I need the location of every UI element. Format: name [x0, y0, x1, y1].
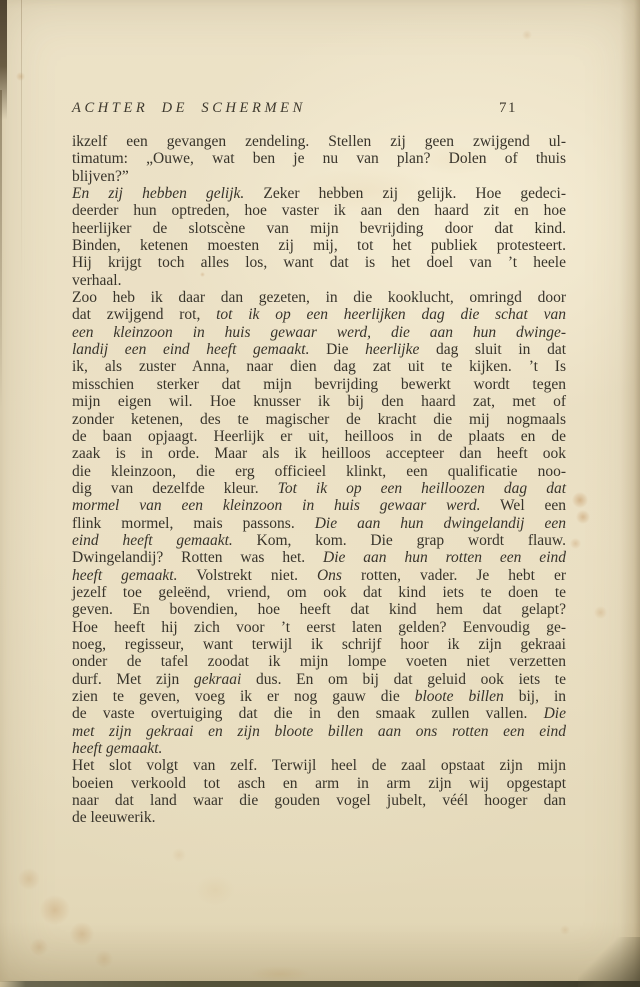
roman-text-run: Kom, kom. Die grap wordt flauw. [233, 532, 566, 549]
text-line: heerlijker de slotscène van mijn bevrijd… [72, 220, 566, 237]
text-line: die kleinzoon, die erg officieel klinkt,… [72, 463, 566, 480]
bottom-right-corner-shadow [578, 937, 640, 987]
foxing-spot [576, 510, 590, 524]
text-line: ik, als zuster Anna, naar dien dag zat u… [72, 358, 566, 375]
italic-text-run: heerlijke [365, 341, 419, 358]
text-line: jezelf toe geleënd, vriend, om ook dat k… [72, 584, 566, 601]
roman-text-run: heerlijker de slotscène van mijn bevrijd… [72, 220, 566, 237]
italic-text-run: heeft gemaakt. [72, 740, 162, 757]
text-line: blijven?” [72, 168, 566, 185]
italic-text-run: met zijn gekraai en zijn bloote billen a… [72, 723, 566, 740]
italic-text-run: landij een eind heeft gemaakt. [72, 341, 309, 358]
text-line: Zoo heb ik daar dan gezeten, in die kook… [72, 289, 566, 306]
text-block: ikzelf een gevangen zendeling. Stellen z… [72, 133, 566, 827]
text-line: landij een eind heeft gemaakt. Die heerl… [72, 341, 566, 358]
text-line: dat zwijgend rot, tot ik op een heerlijk… [72, 306, 566, 323]
page-number: 71 [499, 100, 517, 117]
foxing-patch [195, 875, 235, 905]
foxing-spot [95, 950, 113, 968]
text-line: heeft gemaakt. Volstrekt niet. Ons rotte… [72, 567, 566, 584]
text-line: de vaste overtuiging dat die in den smaa… [72, 705, 566, 722]
roman-text-run: Dwingelandij? Rotten was het. [72, 549, 323, 566]
roman-text-run: zien te geven, voeg ik er nog gauw die [72, 688, 415, 705]
text-line: deerder hun optreden, hoe vaster ik aan … [72, 202, 566, 219]
foxing-spot [70, 922, 94, 946]
text-line: noeg, regisseur, want terwijl ik schrijf… [72, 636, 566, 653]
text-line: Dwingelandij? Rotten was het. Die aan hu… [72, 549, 566, 566]
roman-text-run: dus. En om bij dat geluid ook iets te [241, 671, 566, 688]
roman-text-run: naar dat land waar die gouden vogel jube… [72, 792, 566, 809]
text-line: boeien verkoold tot asch en arm in arm z… [72, 775, 566, 792]
roman-text-run: Het slot volgt van zelf. Terwijl heel de… [72, 757, 566, 774]
text-line: de baan opjaagt. Heerlijk er uit, heillo… [72, 428, 566, 445]
text-line: naar dat land waar die gouden vogel jube… [72, 792, 566, 809]
foxing-spot [18, 868, 40, 890]
right-edge-shadow [620, 0, 640, 987]
roman-text-run: Hij krijgt toch alles los, want dat is h… [72, 254, 566, 271]
text-line: En zij hebben gelijk. Zeker hebben zij g… [72, 185, 566, 202]
roman-text-run: mijn eigen wil. Hoe knusser ik bij den h… [72, 393, 566, 410]
text-line: met zijn gekraai en zijn bloote billen a… [72, 723, 566, 740]
roman-text-run: boeien verkoold tot asch en arm in arm z… [72, 775, 566, 792]
text-line: zonder ketenen, des te magischer de krac… [72, 411, 566, 428]
text-line: Binden, ketenen moesten zij mij, tot het… [72, 237, 566, 254]
binding-edge-shadow [0, 0, 7, 120]
italic-text-run: tot ik op een heerlijken dag die schat v… [216, 306, 566, 323]
text-line: durf. Met zijn gekraai dus. En om bij da… [72, 671, 566, 688]
foxing-spot [570, 538, 581, 549]
roman-text-run: flink mormel, mais passons. [72, 515, 315, 532]
roman-text-run: noeg, regisseur, want terwijl ik schrijf… [72, 636, 566, 653]
italic-text-run: Die [544, 705, 566, 722]
roman-text-run: dig van dezelfde kleur. [72, 480, 278, 497]
roman-text-run: Die [309, 341, 365, 358]
text-line: verhaal. [72, 272, 566, 289]
italic-text-run: eind heeft gemaakt. [72, 532, 233, 549]
roman-text-run: ik, als zuster Anna, naar dien dag zat u… [72, 358, 566, 375]
roman-text-run: geven. En bovendien, hoe heeft dat kind … [72, 601, 566, 618]
roman-text-run: durf. Met zijn [72, 671, 194, 688]
roman-text-run: Volstrekt niet. [178, 567, 317, 584]
text-line: Hoe heeft hij zich voor ’t eerst laten g… [72, 619, 566, 636]
foxing-spot [16, 72, 25, 81]
text-line: mijn eigen wil. Hoe knusser ik bij den h… [72, 393, 566, 410]
roman-text-run: blijven?” [72, 168, 129, 185]
text-line: misschien sterker dat mijn bevrijding be… [72, 376, 566, 393]
foxing-patch [250, 966, 310, 982]
italic-text-run: En zij hebben gelijk. [72, 185, 244, 202]
roman-text-run: misschien sterker dat mijn bevrijding be… [72, 376, 566, 393]
text-line: dig van dezelfde kleur. Tot ik op een he… [72, 480, 566, 497]
foxing-spot [560, 925, 570, 935]
text-line: eind heeft gemaakt. Kom, kom. Die grap w… [72, 532, 566, 549]
text-line: een kleinzoon in huis gewaar werd, die a… [72, 324, 566, 341]
roman-text-run: onder de tafel zoodat ik mijn lompe voet… [72, 653, 566, 670]
text-line: onder de tafel zoodat ik mijn lompe voet… [72, 653, 566, 670]
roman-text-run: Hoe heeft hij zich voor ’t eerst laten g… [72, 619, 566, 636]
book-page-scan: ACHTER DE SCHERMEN 71 ikzelf een gevange… [0, 0, 640, 987]
text-line: zien te geven, voeg ik er nog gauw die b… [72, 688, 566, 705]
italic-text-run: Ons [317, 567, 342, 584]
text-line: mormel van een kleinzoon in huis gewaar … [72, 497, 566, 514]
italic-text-run: Die aan hun rotten een eind [323, 549, 566, 566]
page-title: ACHTER DE SCHERMEN [72, 100, 306, 116]
bottom-edge-shade [0, 922, 640, 982]
roman-text-run: verhaal. [72, 272, 121, 289]
roman-text-run: jezelf toe geleënd, vriend, om ook dat k… [72, 584, 566, 601]
text-line: geven. En bovendien, hoe heeft dat kind … [72, 601, 566, 618]
text-line: Het slot volgt van zelf. Terwijl heel de… [72, 757, 566, 774]
text-line: timatum: „Ouwe, wat ben je nu van plan? … [72, 150, 566, 167]
roman-text-run: die kleinzoon, die erg officieel klinkt,… [72, 463, 566, 480]
roman-text-run: timatum: „Ouwe, wat ben je nu van plan? … [72, 150, 566, 167]
text-line: heeft gemaakt. [72, 740, 566, 757]
roman-text-run: de vaste overtuiging dat die in den smaa… [72, 705, 544, 722]
roman-text-run: Zoo heb ik daar dan gezeten, in die kook… [72, 289, 566, 306]
foxing-spot [30, 938, 48, 956]
roman-text-run: dat zwijgend rot, [72, 306, 216, 323]
italic-text-run: Die aan hun dwingelandij een [315, 515, 566, 532]
roman-text-run: zonder ketenen, des te magischer de krac… [72, 411, 566, 428]
italic-text-run: bloote billen [415, 688, 504, 705]
roman-text-run: Binden, ketenen moesten zij mij, tot het… [72, 237, 566, 254]
foxing-spot [594, 606, 607, 619]
roman-text-run: Zeker hebben zij gelijk. Hoe gedeci- [244, 185, 566, 202]
text-line: Hij krijgt toch alles los, want dat is h… [72, 254, 566, 271]
roman-text-run: bij, in [504, 688, 566, 705]
left-edge-line [0, 90, 2, 410]
running-head: ACHTER DE SCHERMEN 71 [72, 99, 566, 119]
text-line: de leeuwerik. [72, 809, 566, 826]
roman-text-run: ikzelf een gevangen zendeling. Stellen z… [72, 133, 566, 150]
text-line: ikzelf een gevangen zendeling. Stellen z… [72, 133, 566, 150]
italic-text-run: heeft gemaakt. [72, 567, 178, 584]
foxing-spot [572, 492, 588, 508]
text-line: flink mormel, mais passons. Die aan hun … [72, 515, 566, 532]
roman-text-run: Wel een [480, 497, 566, 514]
foxing-spot [40, 895, 70, 925]
italic-text-run: een kleinzoon in huis gewaar werd, die a… [72, 324, 566, 341]
roman-text-run: de baan opjaagt. Heerlijk er uit, heillo… [72, 428, 566, 445]
foxing-spot [522, 30, 532, 40]
italic-text-run: Tot ik op een heilloozen dag dat [278, 480, 566, 497]
italic-text-run: gekraai [194, 671, 241, 688]
roman-text-run: de leeuwerik. [72, 809, 156, 826]
roman-text-run: zaak is in orde. Maar als ik heilloos ac… [72, 445, 566, 462]
foxing-spot [172, 848, 186, 862]
paper-crease [21, 0, 22, 280]
italic-text-run: mormel van een kleinzoon in huis gewaar … [72, 497, 480, 514]
roman-text-run: deerder hun optreden, hoe vaster ik aan … [72, 202, 566, 219]
roman-text-run: rotten, vader. Je hebt er [342, 567, 566, 584]
bottom-edge-strip [0, 981, 640, 987]
text-line: zaak is in orde. Maar als ik heilloos ac… [72, 445, 566, 462]
roman-text-run: dag sluit in dat [419, 341, 566, 358]
